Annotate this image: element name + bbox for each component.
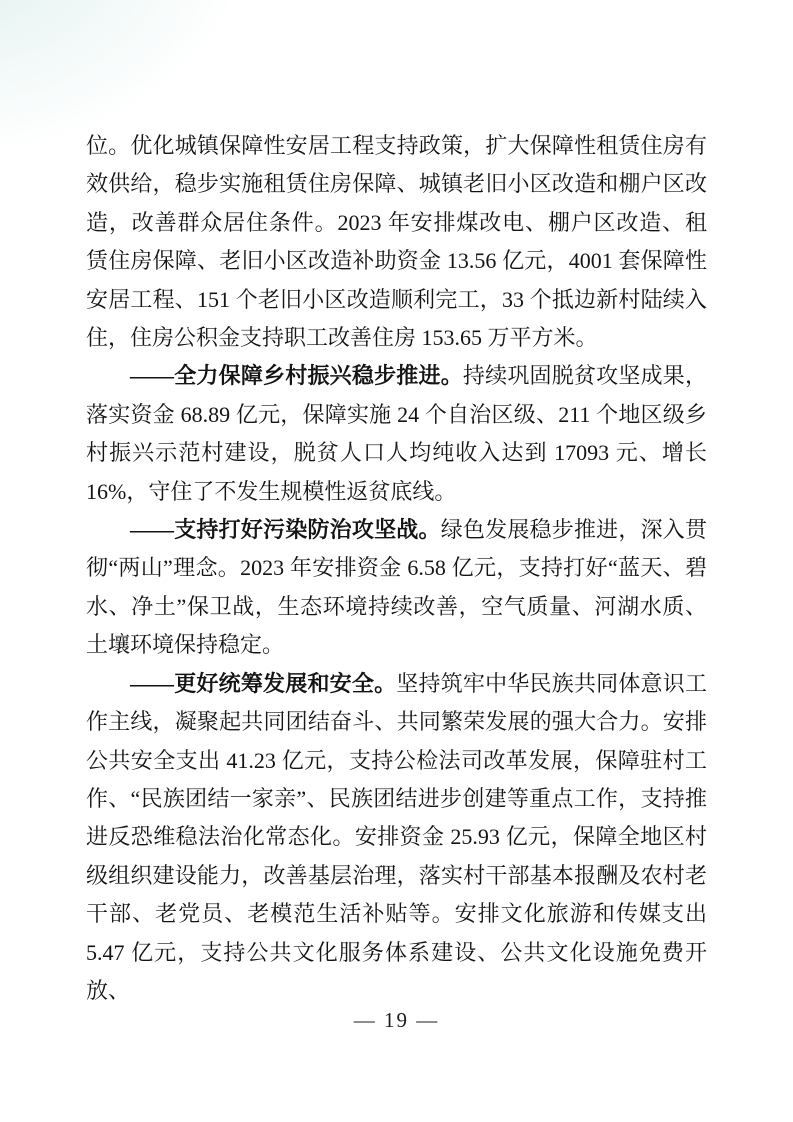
paragraph-text: 位。优化城镇保障性安居工程支持政策，扩大保障性租赁住房有效供给，稳步实施租赁住房… (86, 133, 707, 350)
paragraph: ——全力保障乡村振兴稳步推进。持续巩固脱贫攻坚成果，落实资金 68.89 亿元，… (86, 357, 707, 511)
page-number: — 19 — (354, 1008, 440, 1032)
paragraph: ——更好统筹发展和安全。坚持筑牢中华民族共同体意识工作主线，凝聚起共同团结奋斗、… (86, 665, 707, 1011)
paragraph-lead-bold: ——全力保障乡村振兴稳步推进。 (130, 363, 463, 388)
paragraph-lead-bold: ——支持打好污染防治攻坚战。 (130, 517, 441, 542)
paragraph-lead-bold: ——更好统筹发展和安全。 (130, 671, 396, 696)
paragraph: ——支持打好污染防治攻坚战。绿色发展稳步推进，深入贯彻“两山”理念。2023 年… (86, 511, 707, 665)
document-page: 位。优化城镇保障性安居工程支持政策，扩大保障性租赁住房有效供给，稳步实施租赁住房… (0, 0, 793, 1122)
document-body: 位。优化城镇保障性安居工程支持政策，扩大保障性租赁住房有效供给，稳步实施租赁住房… (86, 127, 707, 1010)
paragraph: 位。优化城镇保障性安居工程支持政策，扩大保障性租赁住房有效供给，稳步实施租赁住房… (86, 127, 707, 357)
paragraph-text: 坚持筑牢中华民族共同体意识工作主线，凝聚起共同团结奋斗、共同繁荣发展的强大合力。… (86, 671, 707, 1003)
page-footer: — 19 — (0, 1008, 793, 1033)
